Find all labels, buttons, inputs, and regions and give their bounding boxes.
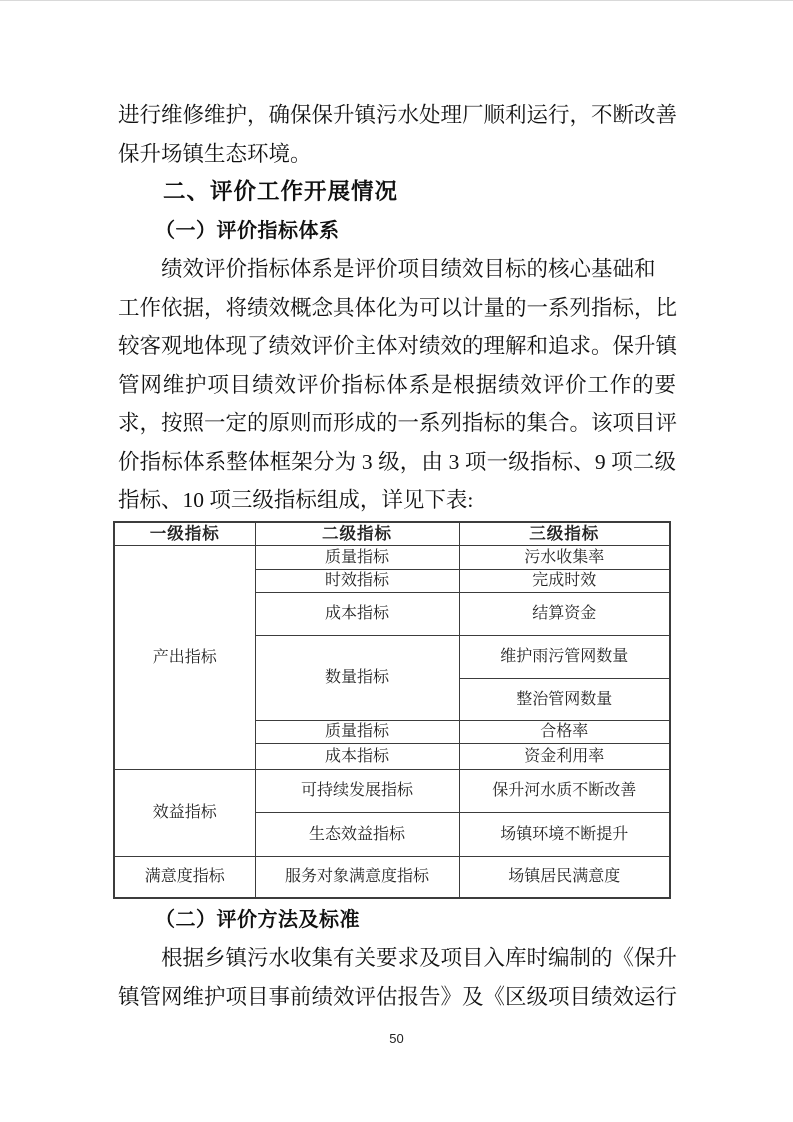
subsection-2-paragraph: 根据乡镇污水收集有关要求及项目入库时编制的《保升 镇管网维护项目事前绩效评估报告… xyxy=(118,939,676,1016)
paragraph-line: 较客观地体现了绩效评价主体对绩效的理解和追求。保升镇 xyxy=(118,327,676,366)
paragraph-line: 根据乡镇污水收集有关要求及项目入库时编制的《保升 xyxy=(118,939,633,978)
intro-paragraph: 进行维修维护，确保保升镇污水处理厂顺利运行，不断改善 保升场镇生态环境。 xyxy=(118,96,676,173)
table-header-level2: 二级指标 xyxy=(255,522,459,546)
table-cell-level3: 场镇环境不断提升 xyxy=(459,813,670,857)
paragraph-line: 管网维护项目绩效评价指标体系是根据绩效评价工作的要 xyxy=(118,366,676,405)
paragraph-line: 工作依据，将绩效概念具体化为可以计量的一系列指标，比 xyxy=(118,289,676,328)
table-cell-level2: 时效指标 xyxy=(255,570,459,593)
table-cell-level3: 合格率 xyxy=(459,721,670,744)
table-cell-level3: 结算资金 xyxy=(459,593,670,636)
page-number: 50 xyxy=(0,1031,793,1046)
table-cell-level2: 可持续发展指标 xyxy=(255,770,459,813)
subsection-2-heading: （二）评价方法及标准 xyxy=(118,901,676,940)
subsection-1-paragraph: 绩效评价指标体系是评价项目绩效目标的核心基础和 工作依据，将绩效概念具体化为可以… xyxy=(118,250,676,520)
section-heading: 二、评价工作开展情况 xyxy=(118,173,676,212)
paragraph-line: 绩效评价指标体系是评价项目绩效目标的核心基础和 xyxy=(118,250,633,289)
table-cell-level1: 效益指标 xyxy=(114,770,255,857)
paragraph-line: 镇管网维护项目事前绩效评估报告》及《区级项目绩效运行 xyxy=(118,978,676,1017)
table-cell-level2: 服务对象满意度指标 xyxy=(255,857,459,898)
table-header-row: 一级指标 二级指标 三级指标 xyxy=(114,522,670,546)
table-cell-level3: 资金利用率 xyxy=(459,744,670,770)
table-row: 效益指标 可持续发展指标 保升河水质不断改善 xyxy=(114,770,670,813)
table-cell-level1: 满意度指标 xyxy=(114,857,255,898)
indicator-table: 一级指标 二级指标 三级指标 产出指标 质量指标 污水收集率 时效指标 完成时效… xyxy=(113,521,671,899)
paragraph-line: 价指标体系整体框架分为 3 级，由 3 项一级指标、9 项二级 xyxy=(118,443,676,482)
table-row: 产出指标 质量指标 污水收集率 xyxy=(114,546,670,570)
page-content: 进行维修维护，确保保升镇污水处理厂顺利运行，不断改善 保升场镇生态环境。 二、评… xyxy=(118,96,676,1016)
subsection-1-heading: （一）评价指标体系 xyxy=(118,212,676,251)
table-cell-level2: 质量指标 xyxy=(255,546,459,570)
paragraph-line: 保升场镇生态环境。 xyxy=(118,135,676,174)
table-cell-level3: 完成时效 xyxy=(459,570,670,593)
table-cell-level3: 维护雨污管网数量 xyxy=(459,636,670,679)
table-row: 满意度指标 服务对象满意度指标 场镇居民满意度 xyxy=(114,857,670,898)
table-cell-level3: 整治管网数量 xyxy=(459,679,670,721)
paragraph-line: 求，按照一定的原则而形成的一系列指标的集合。该项目评 xyxy=(118,404,676,443)
table-header-level1: 一级指标 xyxy=(114,522,255,546)
table-cell-level1: 产出指标 xyxy=(114,546,255,770)
table-cell-level3: 保升河水质不断改善 xyxy=(459,770,670,813)
table-header-level3: 三级指标 xyxy=(459,522,670,546)
table-cell-level3: 场镇居民满意度 xyxy=(459,857,670,898)
table-cell-level2: 质量指标 xyxy=(255,721,459,744)
table-cell-level3: 污水收集率 xyxy=(459,546,670,570)
table-cell-level2: 成本指标 xyxy=(255,744,459,770)
document-page: 进行维修维护，确保保升镇污水处理厂顺利运行，不断改善 保升场镇生态环境。 二、评… xyxy=(0,0,793,1122)
paragraph-line: 进行维修维护，确保保升镇污水处理厂顺利运行，不断改善 xyxy=(118,96,676,135)
table-cell-level2: 成本指标 xyxy=(255,593,459,636)
table-cell-level2: 生态效益指标 xyxy=(255,813,459,857)
paragraph-line: 指标、10 项三级指标组成，详见下表: xyxy=(118,481,676,520)
table-cell-level2: 数量指标 xyxy=(255,636,459,721)
